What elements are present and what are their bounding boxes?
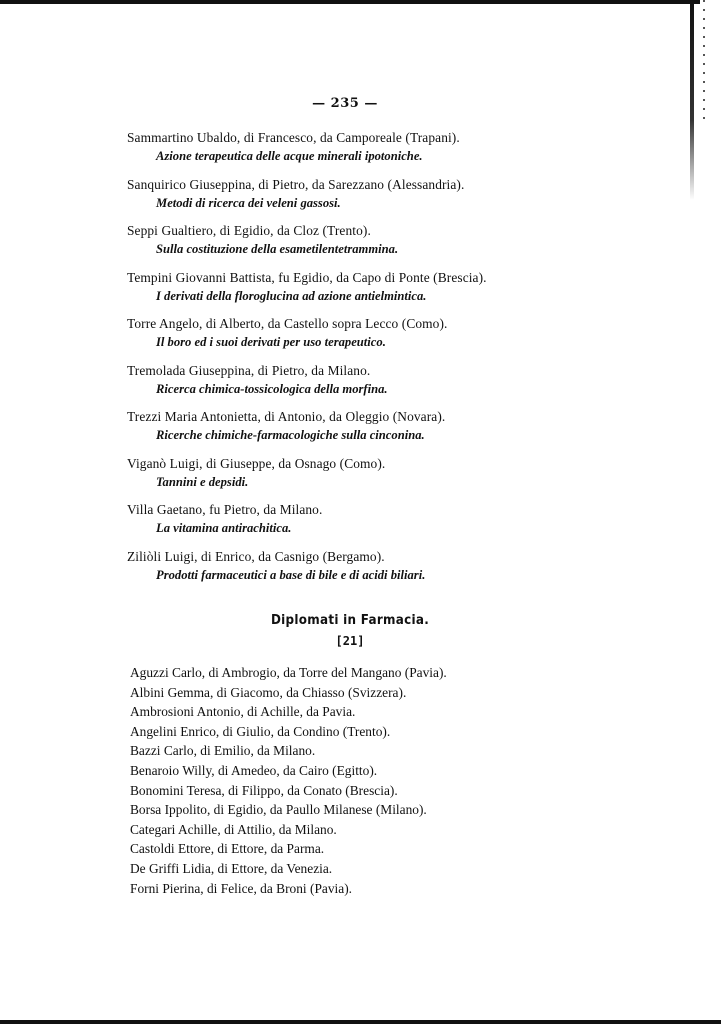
list-item: Albini Gemma, di Giacomo, da Chiasso (Sv…: [130, 683, 570, 703]
graduate-name: Villa Gaetano, fu Pietro, da Milano.: [127, 500, 567, 519]
thesis-title: Ricerche chimiche-farmacologiche sulla c…: [127, 426, 567, 444]
thesis-title: La vitamina antirachitica.: [127, 519, 567, 537]
graduate-name: Tempini Giovanni Battista, fu Egidio, da…: [127, 268, 567, 287]
list-item: Torre Angelo, di Alberto, da Castello so…: [127, 314, 567, 351]
list-item: Categari Achille, di Attilio, da Milano.: [130, 820, 570, 840]
graduate-name: Tremolada Giuseppina, di Pietro, da Mila…: [127, 361, 567, 380]
thesis-title: Tannini e depsidi.: [127, 473, 567, 491]
thesis-title: Metodi di ricerca dei veleni gassosi.: [127, 194, 567, 212]
scan-noise-right: [703, 0, 705, 120]
thesis-title: Sulla costituzione della esametilentetra…: [127, 240, 567, 258]
scan-border-right: [690, 0, 694, 200]
thesis-title: Azione terapeutica delle acque minerali …: [127, 147, 567, 165]
graduate-name: Trezzi Maria Antonietta, di Antonio, da …: [127, 407, 567, 426]
thesis-title: Il boro ed i suoi derivati per uso terap…: [127, 333, 567, 351]
laureati-list: Sammartino Ubaldo, di Francesco, da Camp…: [127, 128, 567, 593]
list-item: Aguzzi Carlo, di Ambrogio, da Torre del …: [130, 663, 570, 683]
list-item: De Griffi Lidia, di Ettore, da Venezia.: [130, 859, 570, 879]
list-item: Ambrosioni Antonio, di Achille, da Pavia…: [130, 702, 570, 722]
section-title: Diplomati in Farmacia.: [28, 613, 672, 628]
list-item: Bazzi Carlo, di Emilio, da Milano.: [130, 741, 570, 761]
list-item: Castoldi Ettore, di Ettore, da Parma.: [130, 839, 570, 859]
thesis-title: I derivati della floroglucina ad azione …: [127, 287, 567, 305]
graduate-name: Sammartino Ubaldo, di Francesco, da Camp…: [127, 128, 567, 147]
list-item: Viganò Luigi, di Giuseppe, da Osnago (Co…: [127, 454, 567, 491]
list-item: Bonomini Teresa, di Filippo, da Conato (…: [130, 781, 570, 801]
graduate-name: Seppi Gualtiero, di Egidio, da Cloz (Tre…: [127, 221, 567, 240]
list-item: Seppi Gualtiero, di Egidio, da Cloz (Tre…: [127, 221, 567, 258]
list-item: Angelini Enrico, di Giulio, da Condino (…: [130, 722, 570, 742]
list-item: Sammartino Ubaldo, di Francesco, da Camp…: [127, 128, 567, 165]
list-item: Borsa Ippolito, di Egidio, da Paullo Mil…: [130, 800, 570, 820]
list-item: Trezzi Maria Antonietta, di Antonio, da …: [127, 407, 567, 444]
section-count: [21]: [0, 634, 700, 648]
list-item: Ziliòli Luigi, di Enrico, da Casnigo (Be…: [127, 547, 567, 584]
graduate-name: Sanquirico Giuseppina, di Pietro, da Sar…: [127, 175, 567, 194]
scan-border-bottom: [0, 1020, 721, 1024]
thesis-title: Prodotti farmaceutici a base di bile e d…: [127, 566, 567, 584]
thesis-title: Ricerca chimica-tossicologica della morf…: [127, 380, 567, 398]
list-item: Forni Pierina, di Felice, da Broni (Pavi…: [130, 879, 570, 899]
graduate-name: Viganò Luigi, di Giuseppe, da Osnago (Co…: [127, 454, 567, 473]
diplomati-list: Aguzzi Carlo, di Ambrogio, da Torre del …: [130, 663, 570, 898]
list-item: Benaroio Willy, di Amedeo, da Cairo (Egi…: [130, 761, 570, 781]
graduate-name: Torre Angelo, di Alberto, da Castello so…: [127, 314, 567, 333]
scan-border-top: [0, 0, 700, 4]
list-item: Villa Gaetano, fu Pietro, da Milano. La …: [127, 500, 567, 537]
list-item: Tempini Giovanni Battista, fu Egidio, da…: [127, 268, 567, 305]
list-item: Tremolada Giuseppina, di Pietro, da Mila…: [127, 361, 567, 398]
graduate-name: Ziliòli Luigi, di Enrico, da Casnigo (Be…: [127, 547, 567, 566]
list-item: Sanquirico Giuseppina, di Pietro, da Sar…: [127, 175, 567, 212]
page-number: — 235 —: [0, 96, 690, 111]
